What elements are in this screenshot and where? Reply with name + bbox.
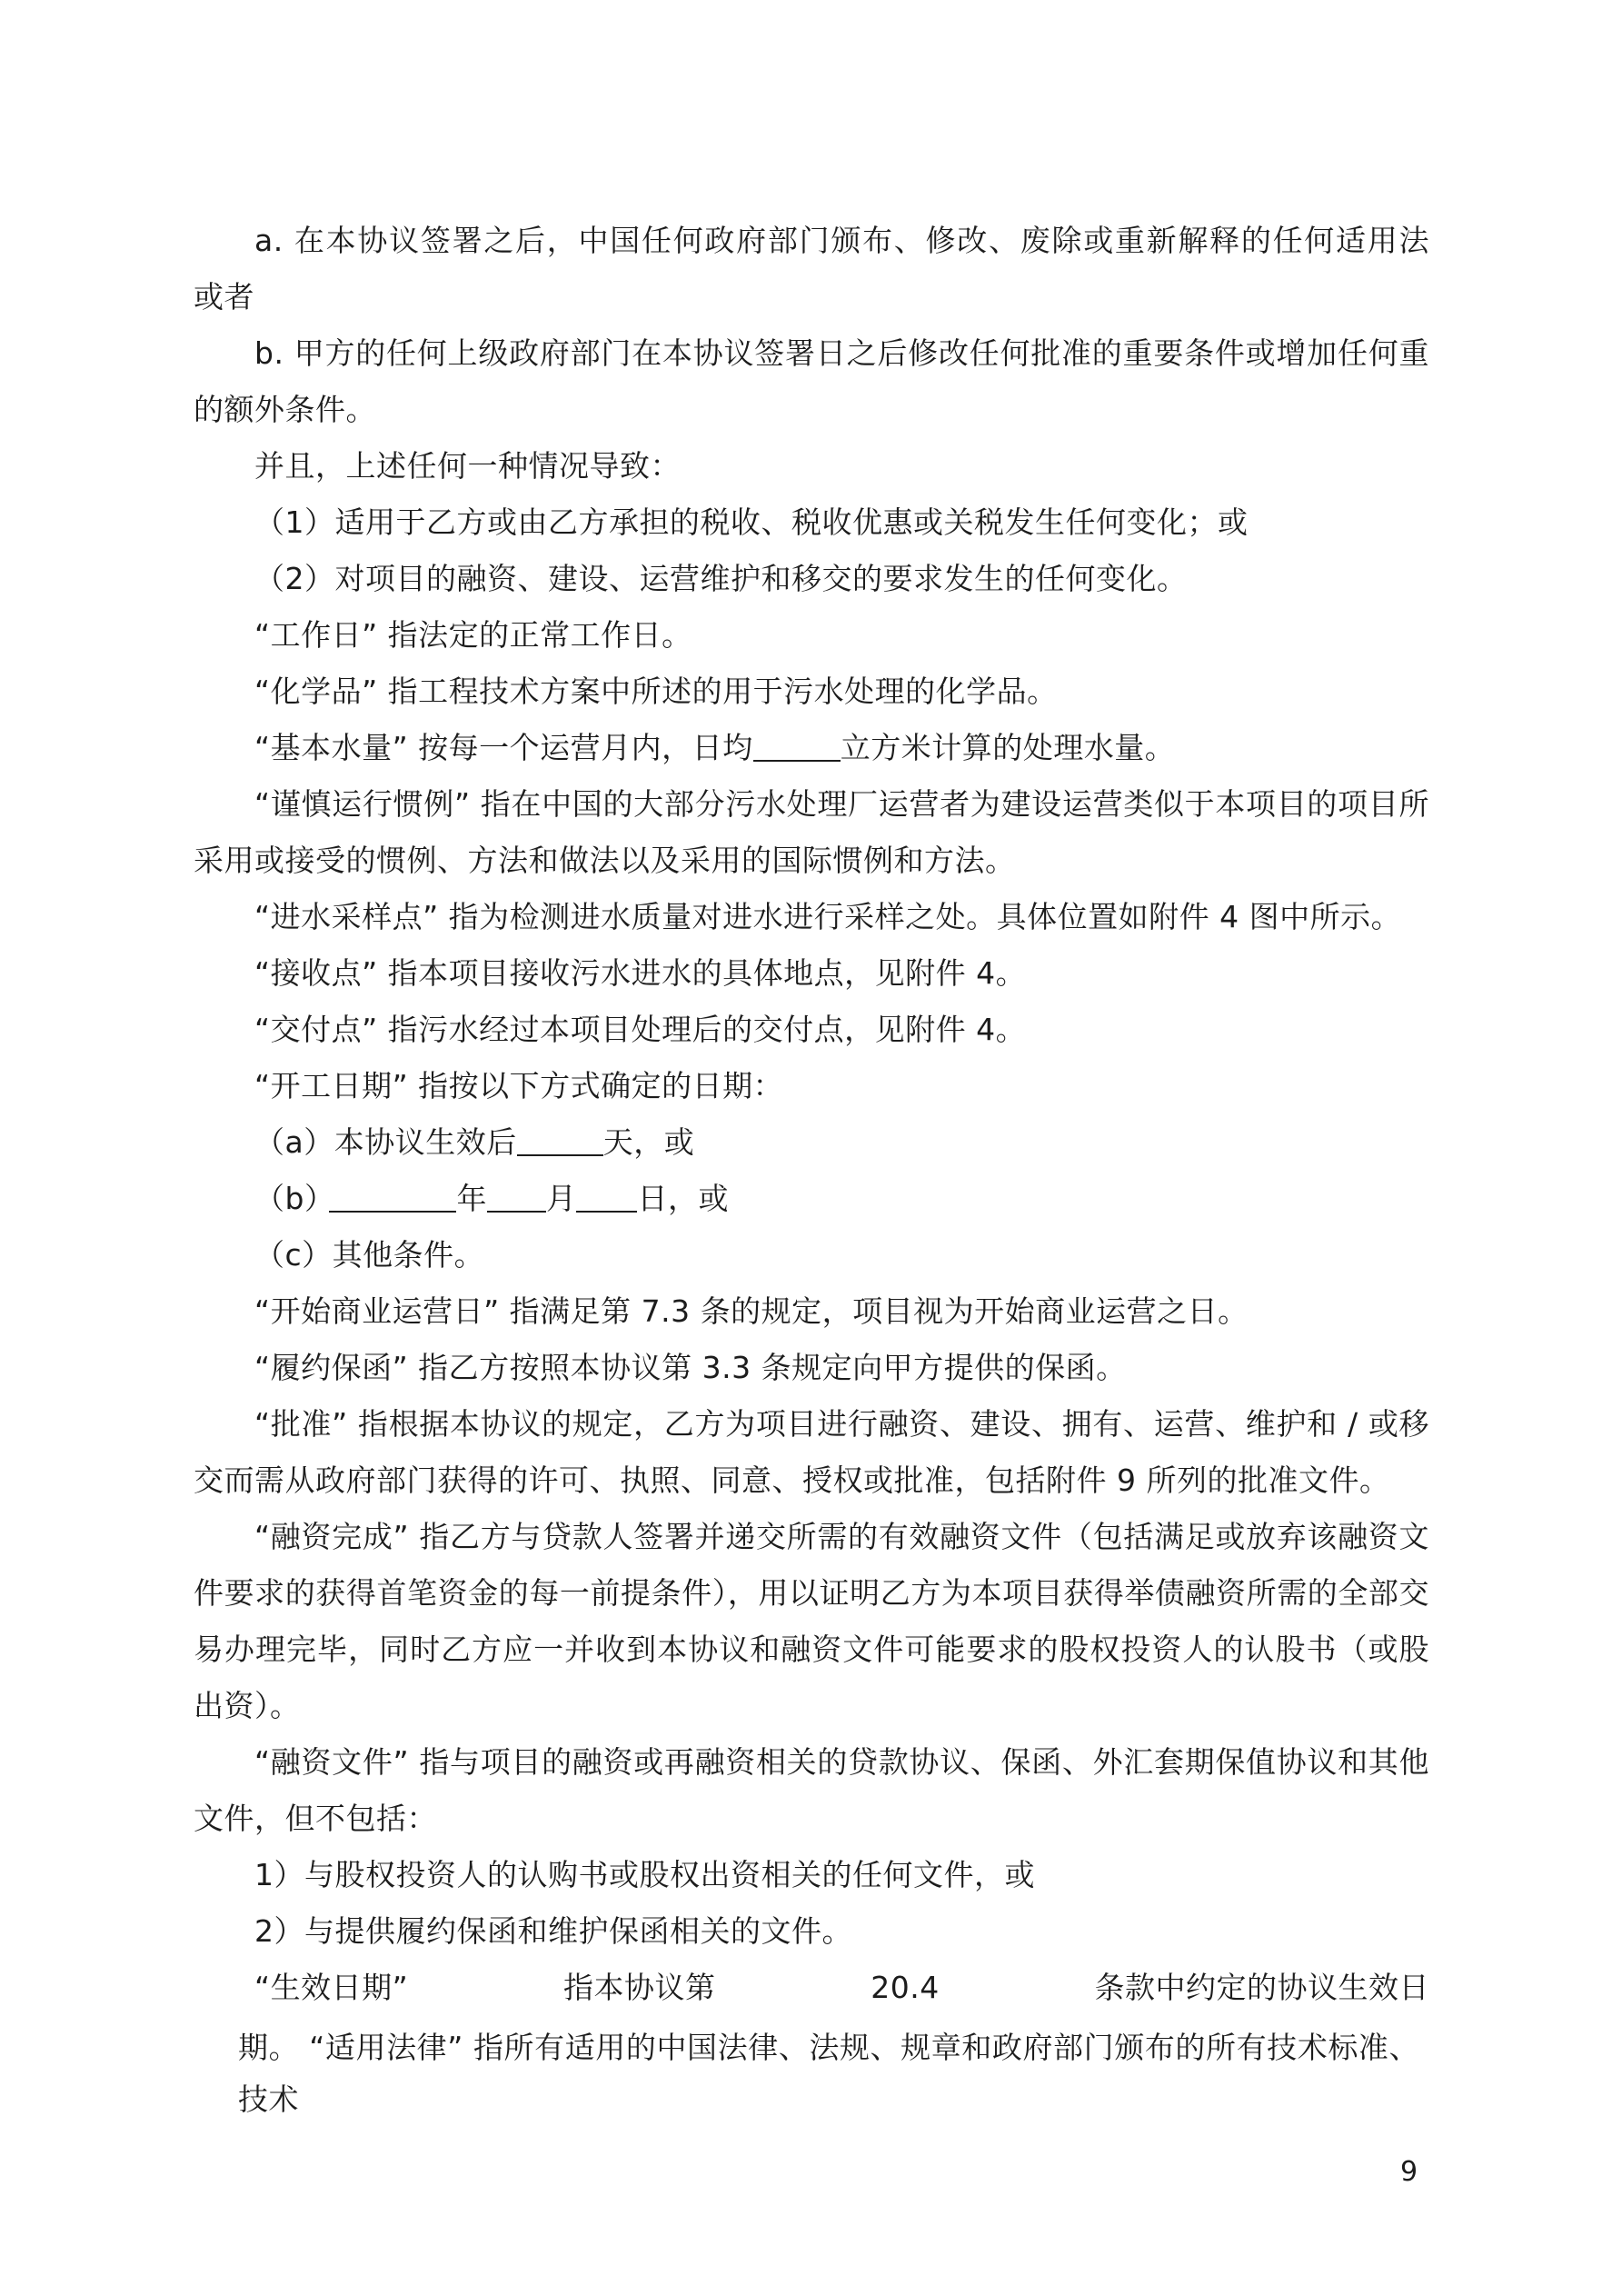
year-label: 年	[456, 1181, 487, 1216]
exclusion-item-1: 1）与股权投资人的认购书或股权出资相关的任何文件，或	[254, 1847, 1429, 1903]
definition-financial-close-line-4: 出资）。	[194, 1678, 1429, 1734]
definition-prudent-practice-continuation: 采用或接受的惯例、方法和做法以及采用的国际惯例和方法。	[194, 833, 1429, 889]
effective-date-term: “生效日期”	[254, 1960, 408, 2016]
option-a-text-after: 天，或	[603, 1124, 695, 1160]
definition-commencement-date: “开工日期” 指按以下方式确定的日期：	[254, 1058, 1429, 1114]
clause-a-continuation: 或者	[194, 269, 1429, 325]
day-label: 日，或	[637, 1181, 729, 1216]
consequence-item-2: （2）对项目的融资、建设、运营维护和移交的要求发生的任何变化。	[254, 551, 1429, 607]
definition-approval-continuation: 交而需从政府部门获得的许可、执照、同意、授权或批准，包括附件 9 所列的批准文件…	[194, 1452, 1429, 1509]
definition-applicable-law-continuation: 技术	[238, 2071, 1419, 2128]
consequence-intro: 并且，上述任何一种情况导致：	[254, 438, 1429, 494]
daily-volume-blank[interactable]	[753, 733, 841, 762]
definition-financial-close-line-2: 件要求的获得首笔资金的每一前提条件），用以证明乙方为本项目获得举债融资所需的全部…	[194, 1565, 1429, 1622]
definition-financial-close: “融资完成” 指乙方与贷款人签署并递交所需的有效融资文件（包括满足或放弃该融资文	[254, 1509, 1429, 1565]
effective-date-ref: 指本协议第	[563, 1960, 716, 2016]
definition-base-water-volume: “基本水量” 按每一个运营月内，日均立方米计算的处理水量。	[254, 720, 1429, 776]
clause-a-line: a. 在本协议签署之后，中国任何政府部门颁布、修改、废除或重新解释的任何适用法律…	[254, 213, 1429, 269]
page-number: 9	[1400, 2152, 1418, 2192]
effective-date-clause-number: 20.4	[871, 1960, 939, 2016]
clause-b-continuation: 的额外条件。	[194, 382, 1429, 438]
base-water-text-after: 立方米计算的处理水量。	[841, 730, 1176, 765]
commencement-option-c: （c）其他条件。	[254, 1227, 1429, 1283]
year-blank[interactable]	[329, 1183, 456, 1213]
definition-financial-close-line-3: 易办理完毕，同时乙方应一并收到本协议和融资文件可能要求的股权投资人的认股书（或股…	[194, 1622, 1429, 1678]
commencement-option-a: （a）本协议生效后天，或	[254, 1114, 1429, 1171]
definition-effective-date: “生效日期” 指本协议第 20.4 条款中约定的协议生效日	[254, 1960, 1429, 2016]
definition-performance-bond: “履约保函” 指乙方按照本协议第 3.3 条规定向甲方提供的保函。	[254, 1340, 1429, 1396]
definition-commercial-operation-date: “开始商业运营日” 指满足第 7.3 条的规定，项目视为开始商业运营之日。	[254, 1283, 1429, 1340]
day-blank[interactable]	[576, 1183, 637, 1213]
month-label: 月	[546, 1181, 577, 1216]
base-water-text-before: “基本水量” 按每一个运营月内，日均	[254, 730, 753, 765]
definition-inflow-sampling-point: “进水采样点” 指为检测进水质量对进水进行采样之处。具体位置如附件 4 图中所示…	[254, 889, 1429, 945]
definition-applicable-law: 期。 “适用法律” 指所有适用的中国法律、法规、规章和政府部门颁布的所有技术标准…	[238, 2020, 1419, 2076]
exclusion-item-2: 2）与提供履约保函和维护保函相关的文件。	[254, 1903, 1429, 1960]
definition-financing-documents: “融资文件” 指与项目的融资或再融资相关的贷款协议、保函、外汇套期保值协议和其他	[254, 1734, 1429, 1791]
definition-approval: “批准” 指根据本协议的规定，乙方为项目进行融资、建设、拥有、运营、维护和 / …	[254, 1396, 1429, 1452]
consequence-item-1: （1）适用于乙方或由乙方承担的税收、税收优惠或关税发生任何变化；或	[254, 494, 1429, 551]
clause-b-line: b. 甲方的任何上级政府部门在本协议签署日之后修改任何批准的重要条件或增加任何重…	[254, 325, 1429, 382]
definition-financing-documents-continuation: 文件，但不包括：	[194, 1791, 1429, 1847]
definition-working-day: “工作日” 指法定的正常工作日。	[254, 607, 1429, 664]
document-page: a. 在本协议签署之后，中国任何政府部门颁布、修改、废除或重新解释的任何适用法律…	[0, 0, 1622, 2296]
option-a-text-before: （a）本协议生效后	[254, 1124, 517, 1160]
definition-prudent-practice: “谨慎运行惯例” 指在中国的大部分污水处理厂运营者为建设运营类似于本项目的项目所	[254, 776, 1429, 833]
option-b-prefix: （b）	[254, 1181, 334, 1216]
days-blank[interactable]	[517, 1127, 603, 1156]
definition-receiving-point: “接收点” 指本项目接收污水进水的具体地点，见附件 4。	[254, 945, 1429, 1002]
definition-delivery-point: “交付点” 指污水经过本项目处理后的交付点，见附件 4。	[254, 1002, 1429, 1058]
definition-chemicals: “化学品” 指工程技术方案中所述的用于污水处理的化学品。	[254, 664, 1429, 720]
effective-date-desc: 条款中约定的协议生效日	[1094, 1960, 1429, 2016]
commencement-option-b: （b）年月日，或	[254, 1171, 1429, 1227]
month-blank[interactable]	[487, 1183, 546, 1213]
